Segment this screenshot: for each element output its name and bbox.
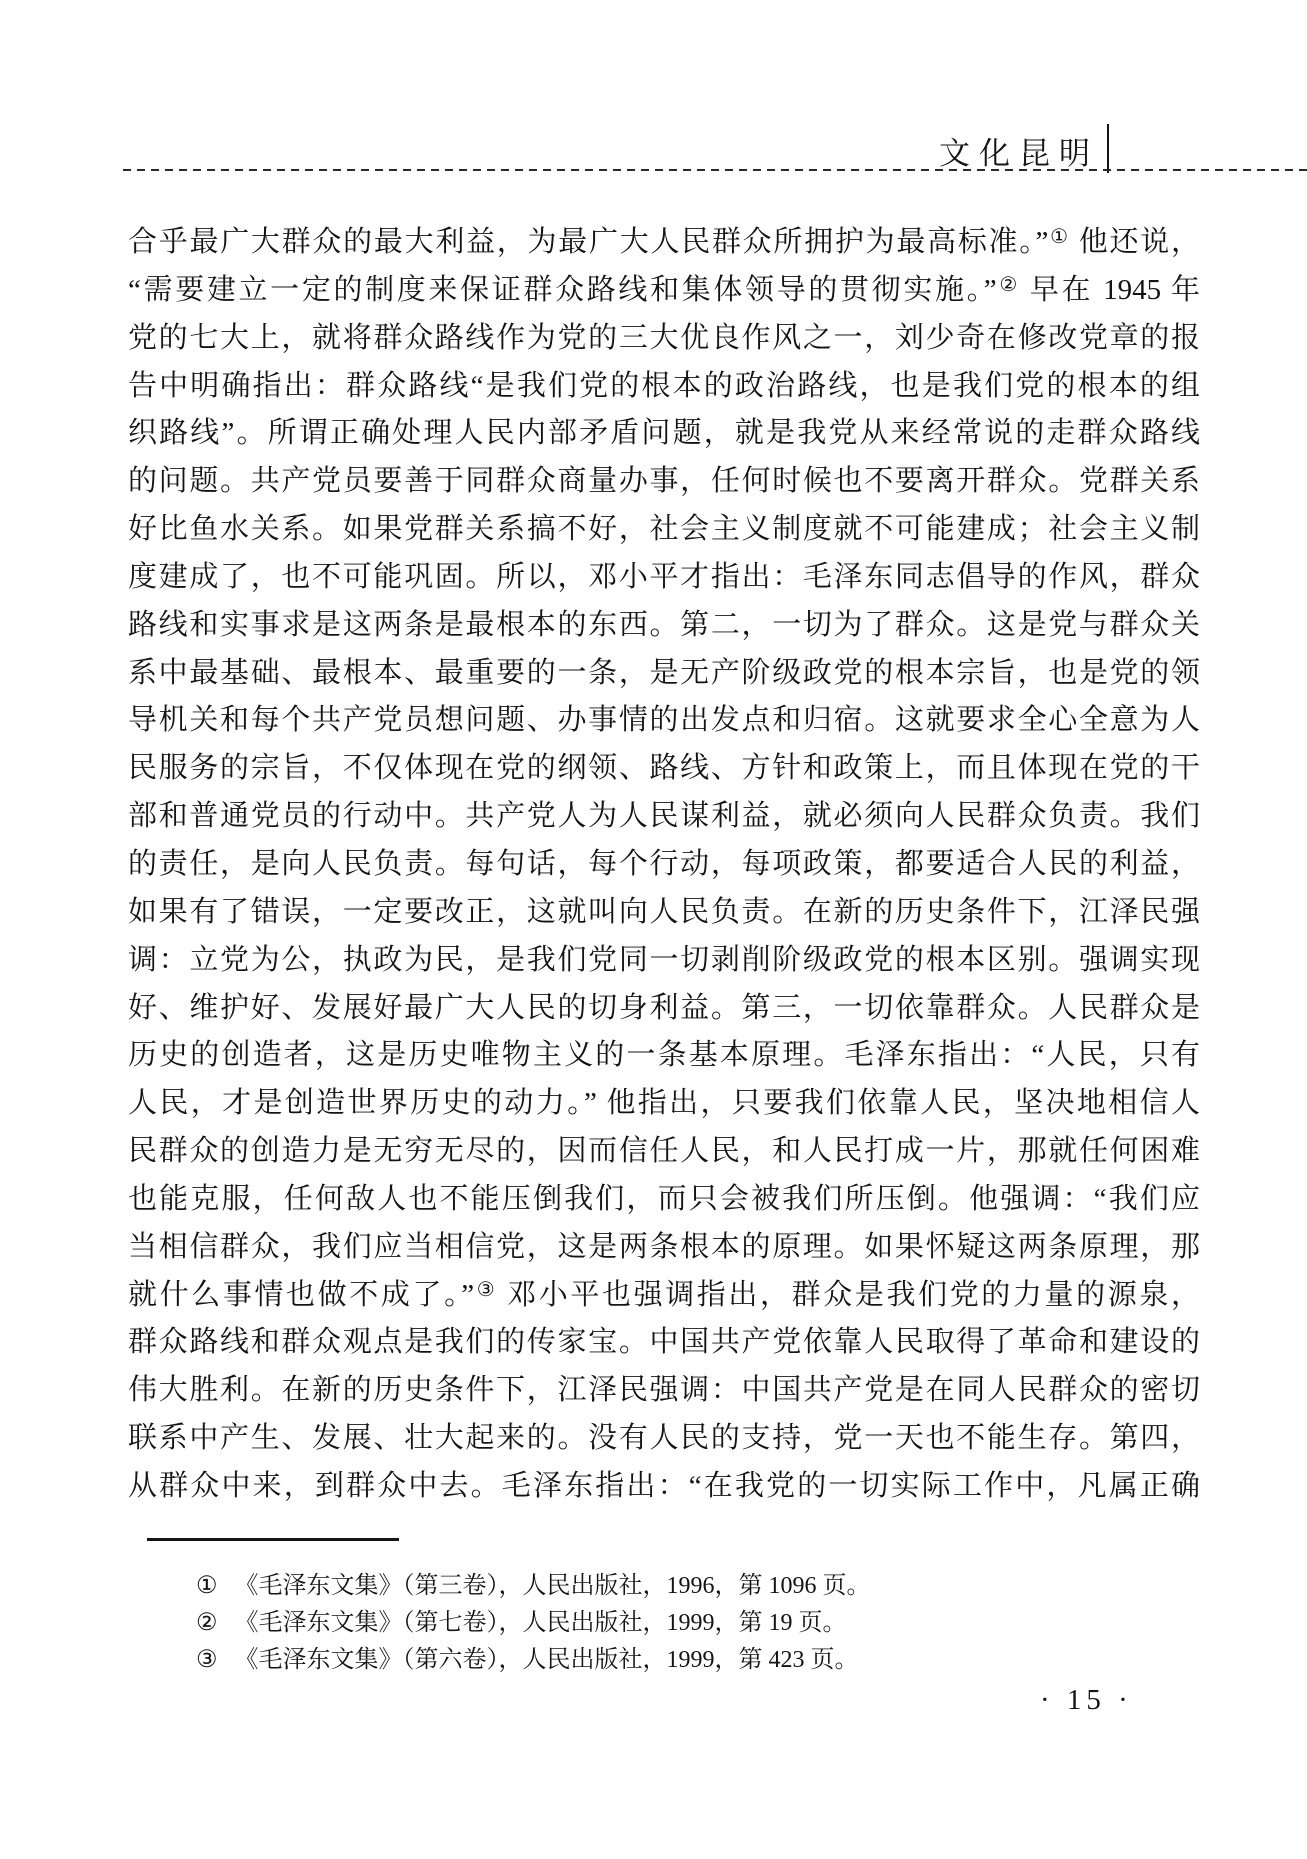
footnote-marker: ③ [196, 1647, 218, 1673]
footnote-reference: ① [1048, 226, 1069, 248]
body-line: 人民，才是创造世界历史的动力。” 他指出，只要我们依靠人民，坚决地相信人 [128, 1080, 1200, 1128]
body-line: 群众路线和群众观点是我们的传家宝。中国共产党依靠人民取得了革命和建设的 [128, 1319, 1200, 1367]
document-page: 文化昆明 合乎最广大群众的最大利益，为最广大人民群众所拥护为最高标准。”① 他还… [0, 0, 1307, 1859]
footnote-reference: ③ [474, 1279, 497, 1301]
body-line: 党的七大上，就将群众路线作为党的三大优良作风之一，刘少奇在修改党章的报 [128, 315, 1200, 363]
footnote-item: ①《毛泽东文集》（第三卷），人民出版社，1996，第 1096 页。 [196, 1568, 1196, 1605]
body-line: 织路线”。所谓正确处理人民内部矛盾问题，就是我党从来经常说的走群众路线 [128, 410, 1200, 458]
page-number: · 15 · [1040, 1684, 1133, 1717]
body-line: 导机关和每个共产党员想问题、办事情的出发点和归宿。这就要求全心全意为人 [128, 697, 1200, 745]
body-line: 民服务的宗旨，不仅体现在党的纲领、路线、方针和政策上，而且体现在党的干 [128, 745, 1200, 793]
running-header-title: 文化昆明 [939, 128, 1099, 173]
body-line: 伟大胜利。在新的历史条件下，江泽民强调：中国共产党是在同人民群众的密切 [128, 1367, 1200, 1415]
body-line: 的责任，是向人民负责。每句话，每个行动，每项政策，都要适合人民的利益， [128, 841, 1200, 889]
body-line: 历史的创造者，这是历史唯物主义的一条基本原理。毛泽东指出：“人民，只有 [128, 1032, 1200, 1080]
body-line: 告中明确指出：群众路线“是我们党的根本的政治路线，也是我们党的根本的组 [128, 363, 1200, 411]
body-line: 调：立党为公，执政为民，是我们党同一切剥削阶级政党的根本区别。强调实现 [128, 937, 1200, 985]
header-dashed-divider [123, 169, 1307, 171]
body-line: 好、维护好、发展好最广大人民的切身利益。第三，一切依靠群众。人民群众是 [128, 985, 1200, 1033]
footnotes: ①《毛泽东文集》（第三卷），人民出版社，1996，第 1096 页。 ②《毛泽东… [196, 1568, 1196, 1679]
footnote-text: 《毛泽东文集》（第七卷），人民出版社，1999，第 19 页。 [235, 1610, 847, 1636]
header-vertical-rule [1107, 124, 1109, 173]
body-line: 就什么事情也做不成了。”③ 邓小平也强调指出，群众是我们党的力量的源泉， [128, 1272, 1200, 1320]
body-text: 合乎最广大群众的最大利益，为最广大人民群众所拥护为最高标准。”① 他还说，“需要… [128, 219, 1200, 1511]
body-line: 民群众的创造力是无穷无尽的，因而信任人民，和人民打成一片，那就任何困难 [128, 1128, 1200, 1176]
body-line: 也能克服，任何敌人也不能压倒我们，而只会被我们所压倒。他强调：“我们应 [128, 1176, 1200, 1224]
body-line: 路线和实事求是这两条是最根本的东西。第二，一切为了群众。这是党与群众关 [128, 602, 1200, 650]
footnote-item: ③《毛泽东文集》（第六卷），人民出版社，1999，第 423 页。 [196, 1642, 1196, 1679]
body-line: “需要建立一定的制度来保证群众路线和集体领导的贯彻实施。”② 早在 1945 年 [128, 267, 1200, 315]
body-line: 从群众中来，到群众中去。毛泽东指出：“在我党的一切实际工作中，凡属正确 [128, 1463, 1200, 1511]
body-line: 合乎最广大群众的最大利益，为最广大人民群众所拥护为最高标准。”① 他还说， [128, 219, 1200, 267]
footnote-text: 《毛泽东文集》（第六卷），人民出版社，1999，第 423 页。 [235, 1647, 859, 1673]
body-line: 部和普通党员的行动中。共产党人为人民谋利益，就必须向人民群众负责。我们 [128, 793, 1200, 841]
body-line: 如果有了错误，一定要改正，这就叫向人民负责。在新的历史条件下，江泽民强 [128, 889, 1200, 937]
body-line: 当相信群众，我们应当相信党，这是两条根本的原理。如果怀疑这两条原理，那 [128, 1224, 1200, 1272]
body-line: 好比鱼水关系。如果党群关系搞不好，社会主义制度就不可能建成；社会主义制 [128, 506, 1200, 554]
footnote-separator-rule [147, 1538, 399, 1541]
footnote-item: ②《毛泽东文集》（第七卷），人民出版社，1999，第 19 页。 [196, 1605, 1196, 1642]
body-line: 度建成了，也不可能巩固。所以，邓小平才指出：毛泽东同志倡导的作风，群众 [128, 554, 1200, 602]
footnote-marker: ① [196, 1573, 218, 1599]
body-line: 的问题。共产党员要善于同群众商量办事，任何时候也不要离开群众。党群关系 [128, 458, 1200, 506]
footnote-marker: ② [196, 1610, 218, 1636]
body-line: 系中最基础、最根本、最重要的一条，是无产阶级政党的根本宗旨，也是党的领 [128, 650, 1200, 698]
footnote-text: 《毛泽东文集》（第三卷），人民出版社，1996，第 1096 页。 [235, 1573, 871, 1599]
body-line: 联系中产生、发展、壮大起来的。没有人民的支持，党一天也不能生存。第四， [128, 1415, 1200, 1463]
footnote-reference: ② [997, 274, 1020, 296]
